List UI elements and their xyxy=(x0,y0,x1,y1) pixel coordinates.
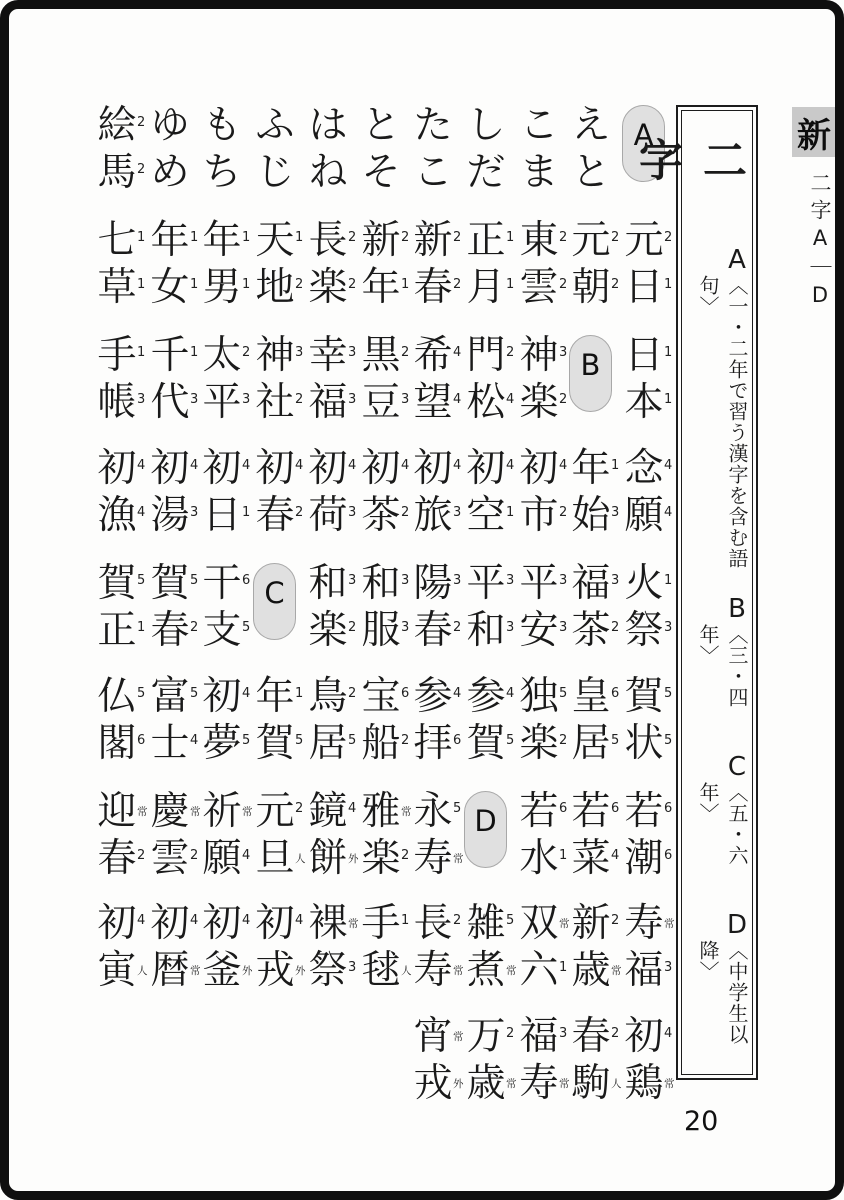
grade-mark: 3 xyxy=(559,574,573,588)
grade-mark: 2 xyxy=(348,231,362,245)
kanji-char: 毬人 xyxy=(359,948,403,995)
kanji-char: 寿常 xyxy=(517,1061,561,1108)
kanji-char: 鏡4 xyxy=(306,789,350,836)
kanji-char: 楽2 xyxy=(306,265,350,312)
grade-mark: 1 xyxy=(242,278,256,292)
kanji-char: 女1 xyxy=(148,265,192,312)
word-東雲: 東2雲2 xyxy=(517,218,561,312)
legend-desc-a: 〈一・二年で習う漢字を含む語句〉 xyxy=(682,275,752,582)
kanji-char: 仏5 xyxy=(95,674,139,721)
grade-mark: 2 xyxy=(559,506,573,520)
grade-mark: 3 xyxy=(295,346,309,360)
word-もち: もち xyxy=(200,103,244,197)
grade-mark: 4 xyxy=(242,687,256,701)
grade-mark: 1 xyxy=(137,346,151,360)
grade-mark: 4 xyxy=(348,459,362,473)
grade-mark: 常 xyxy=(506,964,520,978)
kanji-char: 願4 xyxy=(622,493,666,540)
legend-letter-b: B xyxy=(682,594,752,624)
grade-mark: 1 xyxy=(401,914,415,928)
kanji-char: 参4 xyxy=(464,674,508,721)
kanji-char: じ xyxy=(253,150,297,197)
kanji-char: ゆ xyxy=(148,103,192,150)
kanji-char: 神3 xyxy=(253,333,297,380)
word-永寿: 永5寿常 xyxy=(411,789,455,883)
grade-mark: 2 xyxy=(611,1027,625,1041)
kanji-char: 元2 xyxy=(569,218,613,265)
kanji-char: 平3 xyxy=(464,561,508,608)
grade-mark: 3 xyxy=(559,1027,573,1041)
word-裸祭: 裸常祭3 xyxy=(306,901,350,995)
grade-mark: 1 xyxy=(242,231,256,245)
grade-mark: 3 xyxy=(506,621,520,635)
word-初荷: 初4荷3 xyxy=(306,446,350,540)
kanji-char: 服3 xyxy=(359,608,403,655)
word-神社: 神3社2 xyxy=(253,333,297,427)
word-福茶: 福3茶2 xyxy=(569,561,613,655)
grade-mark: 2 xyxy=(295,278,309,292)
kanji-char: 居5 xyxy=(306,721,350,768)
grade-mark: 常 xyxy=(190,964,204,978)
word-初空: 初4空1 xyxy=(464,446,508,540)
grade-mark: 4 xyxy=(506,459,520,473)
word-とそ: とそ xyxy=(359,103,403,197)
kanji-char: 楽2 xyxy=(359,836,403,883)
kanji-char: 雅常 xyxy=(359,789,403,836)
grade-mark: 4 xyxy=(242,914,256,928)
grade-mark: 3 xyxy=(611,506,625,520)
kanji-char: 東2 xyxy=(517,218,561,265)
kanji-char: 社2 xyxy=(253,380,297,427)
grade-mark: 5 xyxy=(295,734,309,748)
grade-mark: 常 xyxy=(559,917,573,931)
word-初鶏: 初4鶏常 xyxy=(622,1014,666,1108)
kanji-char: 初4 xyxy=(200,674,244,721)
grade-mark: 1 xyxy=(137,621,151,635)
kanji-char: 富5 xyxy=(148,674,192,721)
legend-desc-c: 〈五・六年〉 xyxy=(682,782,752,897)
legend-box: 二字A〈一・二年で習う漢字を含む語句〉B〈三・四年〉C〈五・六年〉D〈中学生以降… xyxy=(676,105,758,1080)
grade-mark: 2 xyxy=(559,734,573,748)
word-黒豆: 黒2豆3 xyxy=(359,333,403,427)
grade-mark: 常 xyxy=(559,1077,573,1091)
grade-mark: 2 xyxy=(348,621,362,635)
word-しだ: しだ xyxy=(464,103,508,197)
word-春駒: 春2駒人 xyxy=(569,1014,613,1108)
spacer xyxy=(738,581,752,594)
kanji-char: 干6 xyxy=(200,561,244,608)
kanji-char: 居5 xyxy=(569,721,613,768)
grade-mark: 外 xyxy=(348,852,362,866)
word-雑煮: 雑5煮常 xyxy=(464,901,508,995)
grade-mark: 常 xyxy=(453,964,467,978)
grade-mark: 1 xyxy=(506,231,520,245)
grade-mark: 3 xyxy=(348,346,362,360)
kanji-char: 福3 xyxy=(517,1014,561,1061)
grade-mark: 常 xyxy=(401,805,415,819)
kanji-char: 双常 xyxy=(517,901,561,948)
kanji-char: 湯3 xyxy=(148,493,192,540)
grade-mark: 3 xyxy=(348,961,362,975)
kanji-char: 漁4 xyxy=(95,493,139,540)
grade-mark: 5 xyxy=(137,687,151,701)
grade-mark: 4 xyxy=(295,459,309,473)
kanji-char: 初4 xyxy=(306,446,350,493)
kanji-char: 元2 xyxy=(253,789,297,836)
kanji-char: 旦人 xyxy=(253,836,297,883)
kanji-char: 夢5 xyxy=(200,721,244,768)
kanji-char: 若6 xyxy=(569,789,613,836)
grade-mark: 1 xyxy=(190,346,204,360)
kanji-char: 独5 xyxy=(517,674,561,721)
word-干支: 干6支5 xyxy=(200,561,244,655)
word-念願: 念4願4 xyxy=(622,446,666,540)
grade-mark: 2 xyxy=(401,506,415,520)
grade-mark: 5 xyxy=(611,734,625,748)
grade-mark: 4 xyxy=(137,459,151,473)
grade-mark: 2 xyxy=(295,393,309,407)
word-えと: えと xyxy=(569,103,613,197)
kanji-char: 馬2 xyxy=(95,150,139,197)
kanji-char: 新2 xyxy=(569,901,613,948)
kanji-char: 状5 xyxy=(622,721,666,768)
word-賀正: 賀5正1 xyxy=(95,561,139,655)
grade-mark: 6 xyxy=(611,802,625,816)
grade-mark: 3 xyxy=(348,393,362,407)
word-手帳: 手1帳3 xyxy=(95,333,139,427)
kanji-char: 代3 xyxy=(148,380,192,427)
kanji-char: 茶2 xyxy=(359,493,403,540)
kanji-char: 黒2 xyxy=(359,333,403,380)
word-幸福: 幸3福3 xyxy=(306,333,350,427)
kanji-char: も xyxy=(200,103,244,150)
grade-mark: 2 xyxy=(401,346,415,360)
word-初漁: 初4漁4 xyxy=(95,446,139,540)
grade-mark: 5 xyxy=(190,574,204,588)
grade-mark: 6 xyxy=(137,734,151,748)
grade-mark: 4 xyxy=(506,687,520,701)
word-絵馬: 絵2馬2 xyxy=(95,103,139,197)
kanji-char: 六1 xyxy=(517,948,561,995)
word-長寿: 長2寿常 xyxy=(411,901,455,995)
kanji-char: 賀5 xyxy=(464,721,508,768)
kanji-char: 市2 xyxy=(517,493,561,540)
kanji-char: 平3 xyxy=(517,561,561,608)
grade-mark: 4 xyxy=(242,459,256,473)
word-千代: 千1代3 xyxy=(148,333,192,427)
word-七草: 七1草1 xyxy=(95,218,139,312)
grade-mark: 1 xyxy=(559,961,573,975)
kanji-char: 和3 xyxy=(464,608,508,655)
kanji-char: 初4 xyxy=(622,1014,666,1061)
grade-mark: 5 xyxy=(506,734,520,748)
grade-mark: 4 xyxy=(506,393,520,407)
grade-mark: 常 xyxy=(348,917,362,931)
word-独楽: 独5楽2 xyxy=(517,674,561,768)
grade-mark: 4 xyxy=(137,506,151,520)
kanji-char: は xyxy=(306,103,350,150)
grade-mark: 3 xyxy=(242,393,256,407)
word-新年: 新2年1 xyxy=(359,218,403,312)
grade-mark: 2 xyxy=(453,914,467,928)
kanji-char: 春2 xyxy=(411,608,455,655)
word-富士: 富5士4 xyxy=(148,674,192,768)
kanji-char: 参4 xyxy=(411,674,455,721)
grade-mark: 1 xyxy=(506,278,520,292)
kanji-char: 福3 xyxy=(306,380,350,427)
grade-mark: 3 xyxy=(453,574,467,588)
word-年賀: 年1賀5 xyxy=(253,674,297,768)
grade-mark: 1 xyxy=(295,231,309,245)
grade-mark: 4 xyxy=(190,459,204,473)
spacer xyxy=(738,232,752,245)
word-はね: はね xyxy=(306,103,350,197)
kanji-char: 千1 xyxy=(148,333,192,380)
kanji-char: 楽2 xyxy=(517,721,561,768)
word-慶雲: 慶常雲2 xyxy=(148,789,192,883)
grade-mark: 3 xyxy=(348,574,362,588)
kanji-char: 日1 xyxy=(622,265,666,312)
word-門松: 門2松4 xyxy=(464,333,508,427)
kanji-char: 春2 xyxy=(411,265,455,312)
grade-mark: 4 xyxy=(190,734,204,748)
kanji-char: 若6 xyxy=(517,789,561,836)
word-陽春: 陽3春2 xyxy=(411,561,455,655)
kanji-char: 戎外 xyxy=(411,1061,455,1108)
grade-mark: 2 xyxy=(401,849,415,863)
grade-mark: 常 xyxy=(506,1077,520,1091)
word-日本: 日1本1 xyxy=(622,333,666,427)
kanji-char: 長2 xyxy=(306,218,350,265)
kanji-char: 船2 xyxy=(359,721,403,768)
grade-mark: 4 xyxy=(348,802,362,816)
grade-mark: 2 xyxy=(242,346,256,360)
word-神楽: 神3楽2 xyxy=(517,333,561,427)
legend-desc-b: 〈三・四年〉 xyxy=(682,624,752,739)
kanji-char: 永5 xyxy=(411,789,455,836)
legend-letter-a: A xyxy=(682,245,752,275)
word-賀春: 賀5春2 xyxy=(148,561,192,655)
kanji-char: 新2 xyxy=(411,218,455,265)
kanji-char: 寿常 xyxy=(411,948,455,995)
grade-mark: 3 xyxy=(401,393,415,407)
kanji-char: 初4 xyxy=(200,901,244,948)
grade-mark: 常 xyxy=(190,805,204,819)
kanji-char: 士4 xyxy=(148,721,192,768)
word-希望: 希4望4 xyxy=(411,333,455,427)
word-賀状: 賀5状5 xyxy=(622,674,666,768)
grade-mark: 4 xyxy=(453,393,467,407)
kanji-char: 絵2 xyxy=(95,103,139,150)
spacer xyxy=(738,739,752,752)
word-迎春: 迎常春2 xyxy=(95,789,139,883)
kanji-char: 賀5 xyxy=(253,721,297,768)
word-万歳: 万2歳常 xyxy=(464,1014,508,1108)
kanji-char: そ xyxy=(359,150,403,197)
kanji-char: 望4 xyxy=(411,380,455,427)
kanji-char: 念4 xyxy=(622,446,666,493)
kanji-char: 長2 xyxy=(411,901,455,948)
grade-mark: 5 xyxy=(137,574,151,588)
kanji-char: 地2 xyxy=(253,265,297,312)
grade-mark: 2 xyxy=(611,231,625,245)
word-ゆめ: ゆめ xyxy=(148,103,192,197)
kanji-char: 空1 xyxy=(464,493,508,540)
grade-mark: 5 xyxy=(242,734,256,748)
kanji-char: 雲2 xyxy=(517,265,561,312)
kanji-char: 春2 xyxy=(148,608,192,655)
kanji-char: 暦常 xyxy=(148,948,192,995)
kanji-char: 年1 xyxy=(253,674,297,721)
grade-mark: 3 xyxy=(401,574,415,588)
kanji-char: だ xyxy=(464,150,508,197)
kanji-char: 福3 xyxy=(622,948,666,995)
kanji-char: 門2 xyxy=(464,333,508,380)
kanji-char: 男1 xyxy=(200,265,244,312)
grade-mark: 4 xyxy=(295,914,309,928)
kanji-char: 松4 xyxy=(464,380,508,427)
word-長楽: 長2楽2 xyxy=(306,218,350,312)
kanji-char: 若6 xyxy=(622,789,666,836)
grade-mark: 2 xyxy=(506,346,520,360)
kanji-char: 閣6 xyxy=(95,721,139,768)
kanji-char: 平3 xyxy=(200,380,244,427)
kanji-char: 初4 xyxy=(200,446,244,493)
word-若水: 若6水1 xyxy=(517,789,561,883)
grade-mark: 2 xyxy=(348,687,362,701)
kanji-char: 願4 xyxy=(200,836,244,883)
grade-mark: 常 xyxy=(611,964,625,978)
chapter-tab-caption: 二字A｜D xyxy=(799,172,835,313)
grade-mark: 常 xyxy=(137,805,151,819)
grade-mark: 5 xyxy=(190,687,204,701)
word-宵戎: 宵常戎外 xyxy=(411,1014,455,1108)
kanji-char: と xyxy=(569,150,613,197)
word-手毬: 手1毬人 xyxy=(359,901,403,995)
kanji-char: 寿常 xyxy=(411,836,455,883)
word-仏閣: 仏5閣6 xyxy=(95,674,139,768)
grade-mark: 外 xyxy=(295,964,309,978)
word-雅楽: 雅常楽2 xyxy=(359,789,403,883)
word-祈願: 祈常願4 xyxy=(200,789,244,883)
grade-mark: 5 xyxy=(348,734,362,748)
kanji-char: 餅外 xyxy=(306,836,350,883)
grade-mark: 3 xyxy=(506,574,520,588)
kanji-char: 宝6 xyxy=(359,674,403,721)
kanji-char: 初4 xyxy=(95,446,139,493)
legend-letter-d: D xyxy=(682,910,752,940)
word-新歳: 新2歳常 xyxy=(569,901,613,995)
grade-mark: 1 xyxy=(295,687,309,701)
kanji-char: 賀5 xyxy=(95,561,139,608)
word-寿福: 寿常福3 xyxy=(622,901,666,995)
grade-mark: 2 xyxy=(453,231,467,245)
grade-mark: 人 xyxy=(295,852,309,866)
kanji-char: 初4 xyxy=(253,446,297,493)
kanji-char: 初4 xyxy=(464,446,508,493)
kanji-char: え xyxy=(569,103,613,150)
word-宝船: 宝6船2 xyxy=(359,674,403,768)
legend-box-inner: 二字A〈一・二年で習う漢字を含む語句〉B〈三・四年〉C〈五・六年〉D〈中学生以降… xyxy=(681,110,753,1075)
grade-mark: 2 xyxy=(348,278,362,292)
grade-mark: 3 xyxy=(611,574,625,588)
word-鏡餅: 鏡4餅外 xyxy=(306,789,350,883)
kanji-char: 和3 xyxy=(306,561,350,608)
grade-mark: 常 xyxy=(242,805,256,819)
grade-mark: 4 xyxy=(401,459,415,473)
grade-mark: 外 xyxy=(453,1077,467,1091)
grade-mark: 4 xyxy=(137,914,151,928)
kanji-char: 手1 xyxy=(359,901,403,948)
kanji-char: 裸常 xyxy=(306,901,350,948)
kanji-char: 楽2 xyxy=(306,608,350,655)
grade-mark: 1 xyxy=(137,231,151,245)
grade-label-b: B xyxy=(569,335,612,412)
grade-mark: 1 xyxy=(137,278,151,292)
word-新春: 新2春2 xyxy=(411,218,455,312)
grade-mark: 4 xyxy=(453,459,467,473)
kanji-char: 朝2 xyxy=(569,265,613,312)
kanji-char: 賀5 xyxy=(622,674,666,721)
kanji-char: 支5 xyxy=(200,608,244,655)
grade-mark: 4 xyxy=(611,849,625,863)
word-和服: 和3服3 xyxy=(359,561,403,655)
kanji-char: 煮常 xyxy=(464,948,508,995)
kanji-char: 月1 xyxy=(464,265,508,312)
kanji-char: 歳常 xyxy=(464,1061,508,1108)
kanji-char: 初4 xyxy=(95,901,139,948)
grade-mark: 4 xyxy=(559,459,573,473)
grade-mark: 2 xyxy=(453,278,467,292)
word-和楽: 和3楽2 xyxy=(306,561,350,655)
kanji-char: 雲2 xyxy=(148,836,192,883)
kanji-char: 元2 xyxy=(622,218,666,265)
kanji-char: 春2 xyxy=(569,1014,613,1061)
grade-label-d: D xyxy=(464,791,507,868)
kanji-char: 鶏常 xyxy=(622,1061,666,1108)
page-number: 20 xyxy=(684,1106,718,1137)
word-初戎: 初4戎外 xyxy=(253,901,297,995)
grade-mark: 6 xyxy=(401,687,415,701)
kanji-char: 陽3 xyxy=(411,561,455,608)
legend-title: 二字 xyxy=(682,137,752,232)
grade-mark: 3 xyxy=(137,393,151,407)
grade-mark: 2 xyxy=(611,278,625,292)
kanji-char: 年1 xyxy=(569,446,613,493)
kanji-char: 万2 xyxy=(464,1014,508,1061)
kanji-char: 歳常 xyxy=(569,948,613,995)
kanji-char: 年1 xyxy=(359,265,403,312)
kanji-char: た xyxy=(411,103,455,150)
kanji-char: 宵常 xyxy=(411,1014,455,1061)
word-平安: 平3安3 xyxy=(517,561,561,655)
grade-mark: 2 xyxy=(453,621,467,635)
kanji-char: 本1 xyxy=(622,380,666,427)
grade-mark: 4 xyxy=(242,849,256,863)
grade-mark: 6 xyxy=(611,687,625,701)
kanji-char: ま xyxy=(517,150,561,197)
word-初茶: 初4茶2 xyxy=(359,446,403,540)
kanji-char: 手1 xyxy=(95,333,139,380)
kanji-char: 火1 xyxy=(622,561,666,608)
kanji-char: ち xyxy=(200,150,244,197)
kanji-char: 祈常 xyxy=(200,789,244,836)
word-火祭: 火1祭3 xyxy=(622,561,666,655)
grade-mark: 1 xyxy=(242,506,256,520)
grade-mark: 5 xyxy=(559,687,573,701)
kanji-char: 草1 xyxy=(95,265,139,312)
kanji-char: 駒人 xyxy=(569,1061,613,1108)
